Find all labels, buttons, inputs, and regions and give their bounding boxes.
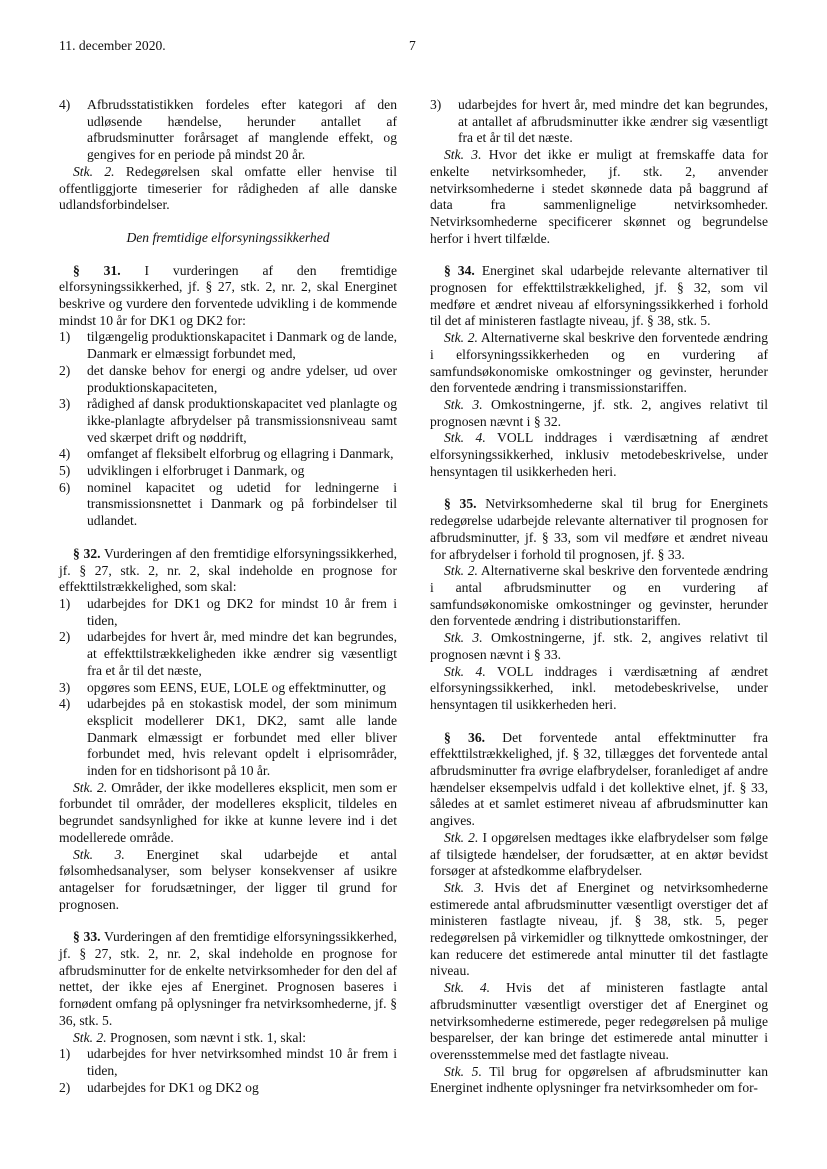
stk-paragraph: Stk. 4. Hvis det af ministeren fastlagte… [430, 980, 768, 1064]
section-32: § 32. Vurderingen af den fremtidige elfo… [59, 546, 397, 596]
list-item-number: 1) [59, 329, 87, 362]
list-item-text: det danske behov for energi og andre yde… [87, 363, 397, 396]
stk-paragraph: Stk. 2. Områder, der ikke modelleres eks… [59, 780, 397, 847]
list-item-text: udviklingen i elforbruget i Danmark, og [87, 463, 397, 480]
stk-label: Stk. 4. [444, 980, 490, 995]
stk-label: Stk. 2. [444, 563, 478, 578]
left-column: 4) Afbrudsstatistikken fordeles efter ka… [59, 97, 397, 1096]
stk-label: Stk. 2. [73, 1030, 107, 1045]
stk-paragraph: Stk. 2. Redegørelsen skal omfatte eller … [59, 164, 397, 214]
list-item-number: 3) [59, 680, 87, 697]
list-item-text: opgøres som EENS, EUE, LOLE og effektmin… [87, 680, 397, 697]
stk-paragraph: Stk. 2. Alternativerne skal beskrive den… [430, 563, 768, 630]
stk-label: Stk. 2. [73, 780, 107, 795]
list-item: 5)udviklingen i elforbruget i Danmark, o… [59, 463, 397, 480]
stk-text: Alternativerne skal beskrive den forvent… [430, 330, 768, 395]
list-item: 1)udarbejdes for DK1 og DK2 for mindst 1… [59, 596, 397, 629]
stk-label: Stk. 3. [444, 397, 483, 412]
list-item: 1)tilgængelig produktionskapacitet i Dan… [59, 329, 397, 362]
list-item: 3)rådighed af dansk produktionskapacitet… [59, 396, 397, 446]
stk-label: Stk. 2. [444, 330, 478, 345]
list-item: 6)nominel kapacitet og udetid for lednin… [59, 480, 397, 530]
list-item: 2)det danske behov for energi og andre y… [59, 363, 397, 396]
stk-label: Stk. 3. [73, 847, 125, 862]
list-item-text: udarbejdes for hver netvirksomhed mindst… [87, 1046, 397, 1079]
section-number: § 35. [444, 496, 477, 511]
list-item: 3) udarbejdes for hvert år, med mindre d… [430, 97, 768, 147]
list-item: 4)udarbejdes på en stokastisk model, der… [59, 696, 397, 780]
stk-label: Stk. 5. [444, 1064, 482, 1079]
section-text: Vurderingen af den fremtidige elforsynin… [59, 929, 397, 1028]
stk-label: Stk. 4. [444, 430, 486, 445]
list-item-number: 4) [59, 446, 87, 463]
section-text: Energinet skal udarbejde relevante alter… [430, 263, 768, 328]
list-item-text: tilgængelig produktionskapacitet i Danma… [87, 329, 397, 362]
stk-label: Stk. 3. [444, 147, 482, 162]
list-item-number: 4) [59, 97, 87, 164]
section-heading: Den fremtidige elforsyningssikkerhed [59, 230, 397, 247]
section-text: Netvirksomhederne skal til brug for Ener… [430, 496, 768, 561]
stk-text: Alternativerne skal beskrive den forvent… [430, 563, 768, 628]
list-item-number: 3) [59, 396, 87, 446]
list-item-number: 4) [59, 696, 87, 780]
stk-label: Stk. 2. [444, 830, 478, 845]
stk-paragraph: Stk. 4. VOLL inddrages i værdisætning af… [430, 664, 768, 714]
list-item: 3)opgøres som EENS, EUE, LOLE og effektm… [59, 680, 397, 697]
section-33: § 33. Vurderingen af den fremtidige elfo… [59, 929, 397, 1029]
list-item: 1)udarbejdes for hver netvirksomhed mind… [59, 1046, 397, 1079]
stk-paragraph: Stk. 3. Omkostningerne, jf. stk. 2, angi… [430, 397, 768, 430]
stk-label: Stk. 4. [444, 664, 486, 679]
section-36: § 36. Det forventede antal effektminutte… [430, 730, 768, 830]
stk-text: Områder, der ikke modelleres eksplicit, … [59, 780, 397, 845]
section-number: § 34. [444, 263, 475, 278]
stk-label: Stk. 3. [444, 880, 484, 895]
section-number: § 32. [73, 546, 101, 561]
section-34: § 34. Energinet skal udarbejde relevante… [430, 263, 768, 330]
list-item-text: Afbrudsstatistikken fordeles efter kateg… [87, 97, 397, 164]
section-number: § 36. [444, 730, 485, 745]
list-item-text: nominel kapacitet og udetid for ledninge… [87, 480, 397, 530]
list-item-number: 3) [430, 97, 458, 147]
list-item: 4)omfanget af fleksibelt elforbrug og el… [59, 446, 397, 463]
section-31: § 31. I vurderingen af den fremtidige el… [59, 263, 397, 330]
stk-label: Stk. 2. [73, 164, 115, 179]
list-item-number: 2) [59, 629, 87, 679]
stk-label: Stk. 3. [444, 630, 483, 645]
stk-paragraph: Stk. 2. Prognosen, som nævnt i stk. 1, s… [59, 1030, 397, 1047]
list-item-number: 2) [59, 363, 87, 396]
stk-text: Hvor det ikke er muligt at fremskaffe da… [430, 147, 768, 246]
list-item-text: udarbejdes for DK1 og DK2 og [87, 1080, 397, 1097]
list-item-number: 5) [59, 463, 87, 480]
header-date: 11. december 2020. [59, 38, 166, 55]
list-item-number: 2) [59, 1080, 87, 1097]
section-number: § 31. [73, 263, 121, 278]
stk-text: Prognosen, som nævnt i stk. 1, skal: [107, 1030, 306, 1045]
section-35: § 35. Netvirksomhederne skal til brug fo… [430, 496, 768, 563]
stk-paragraph: Stk. 4. VOLL inddrages i værdisætning af… [430, 430, 768, 480]
list-item-text: udarbejdes for hvert år, med mindre det … [87, 629, 397, 679]
list-item-text: omfanget af fleksibelt elforbrug og ella… [87, 446, 397, 463]
stk-paragraph: Stk. 5. Til brug for opgørelsen af afbru… [430, 1064, 768, 1097]
stk-paragraph: Stk. 2. I opgørelsen medtages ikke elafb… [430, 830, 768, 880]
stk-paragraph: Stk. 3. Energinet skal udarbejde et anta… [59, 847, 397, 914]
stk-paragraph: Stk. 3. Hvor det ikke er muligt at frems… [430, 147, 768, 247]
page-number: 7 [409, 38, 416, 55]
list-item-text: udarbejdes for hvert år, med mindre det … [458, 97, 768, 147]
list-item-text: udarbejdes på en stokastisk model, der s… [87, 696, 397, 780]
list-item-number: 1) [59, 1046, 87, 1079]
list-item: 4) Afbrudsstatistikken fordeles efter ka… [59, 97, 397, 164]
stk-paragraph: Stk. 3. Omkostningerne, jf. stk. 2, angi… [430, 630, 768, 663]
list-item-text: udarbejdes for DK1 og DK2 for mindst 10 … [87, 596, 397, 629]
section-text: Vurderingen af den fremtidige elforsynin… [59, 546, 397, 594]
list-item: 2)udarbejdes for hvert år, med mindre de… [59, 629, 397, 679]
section-number: § 33. [73, 929, 101, 944]
list-item-number: 1) [59, 596, 87, 629]
list-item-number: 6) [59, 480, 87, 530]
list-item: 2)udarbejdes for DK1 og DK2 og [59, 1080, 397, 1097]
stk-text: I opgørelsen medtages ikke elafbrydelser… [430, 830, 768, 878]
stk-paragraph: Stk. 3. Hvis det af Energinet og netvirk… [430, 880, 768, 980]
stk-paragraph: Stk. 2. Alternativerne skal beskrive den… [430, 330, 768, 397]
right-column: 3) udarbejdes for hvert år, med mindre d… [430, 97, 768, 1097]
list-item-text: rådighed af dansk produktionskapacitet v… [87, 396, 397, 446]
